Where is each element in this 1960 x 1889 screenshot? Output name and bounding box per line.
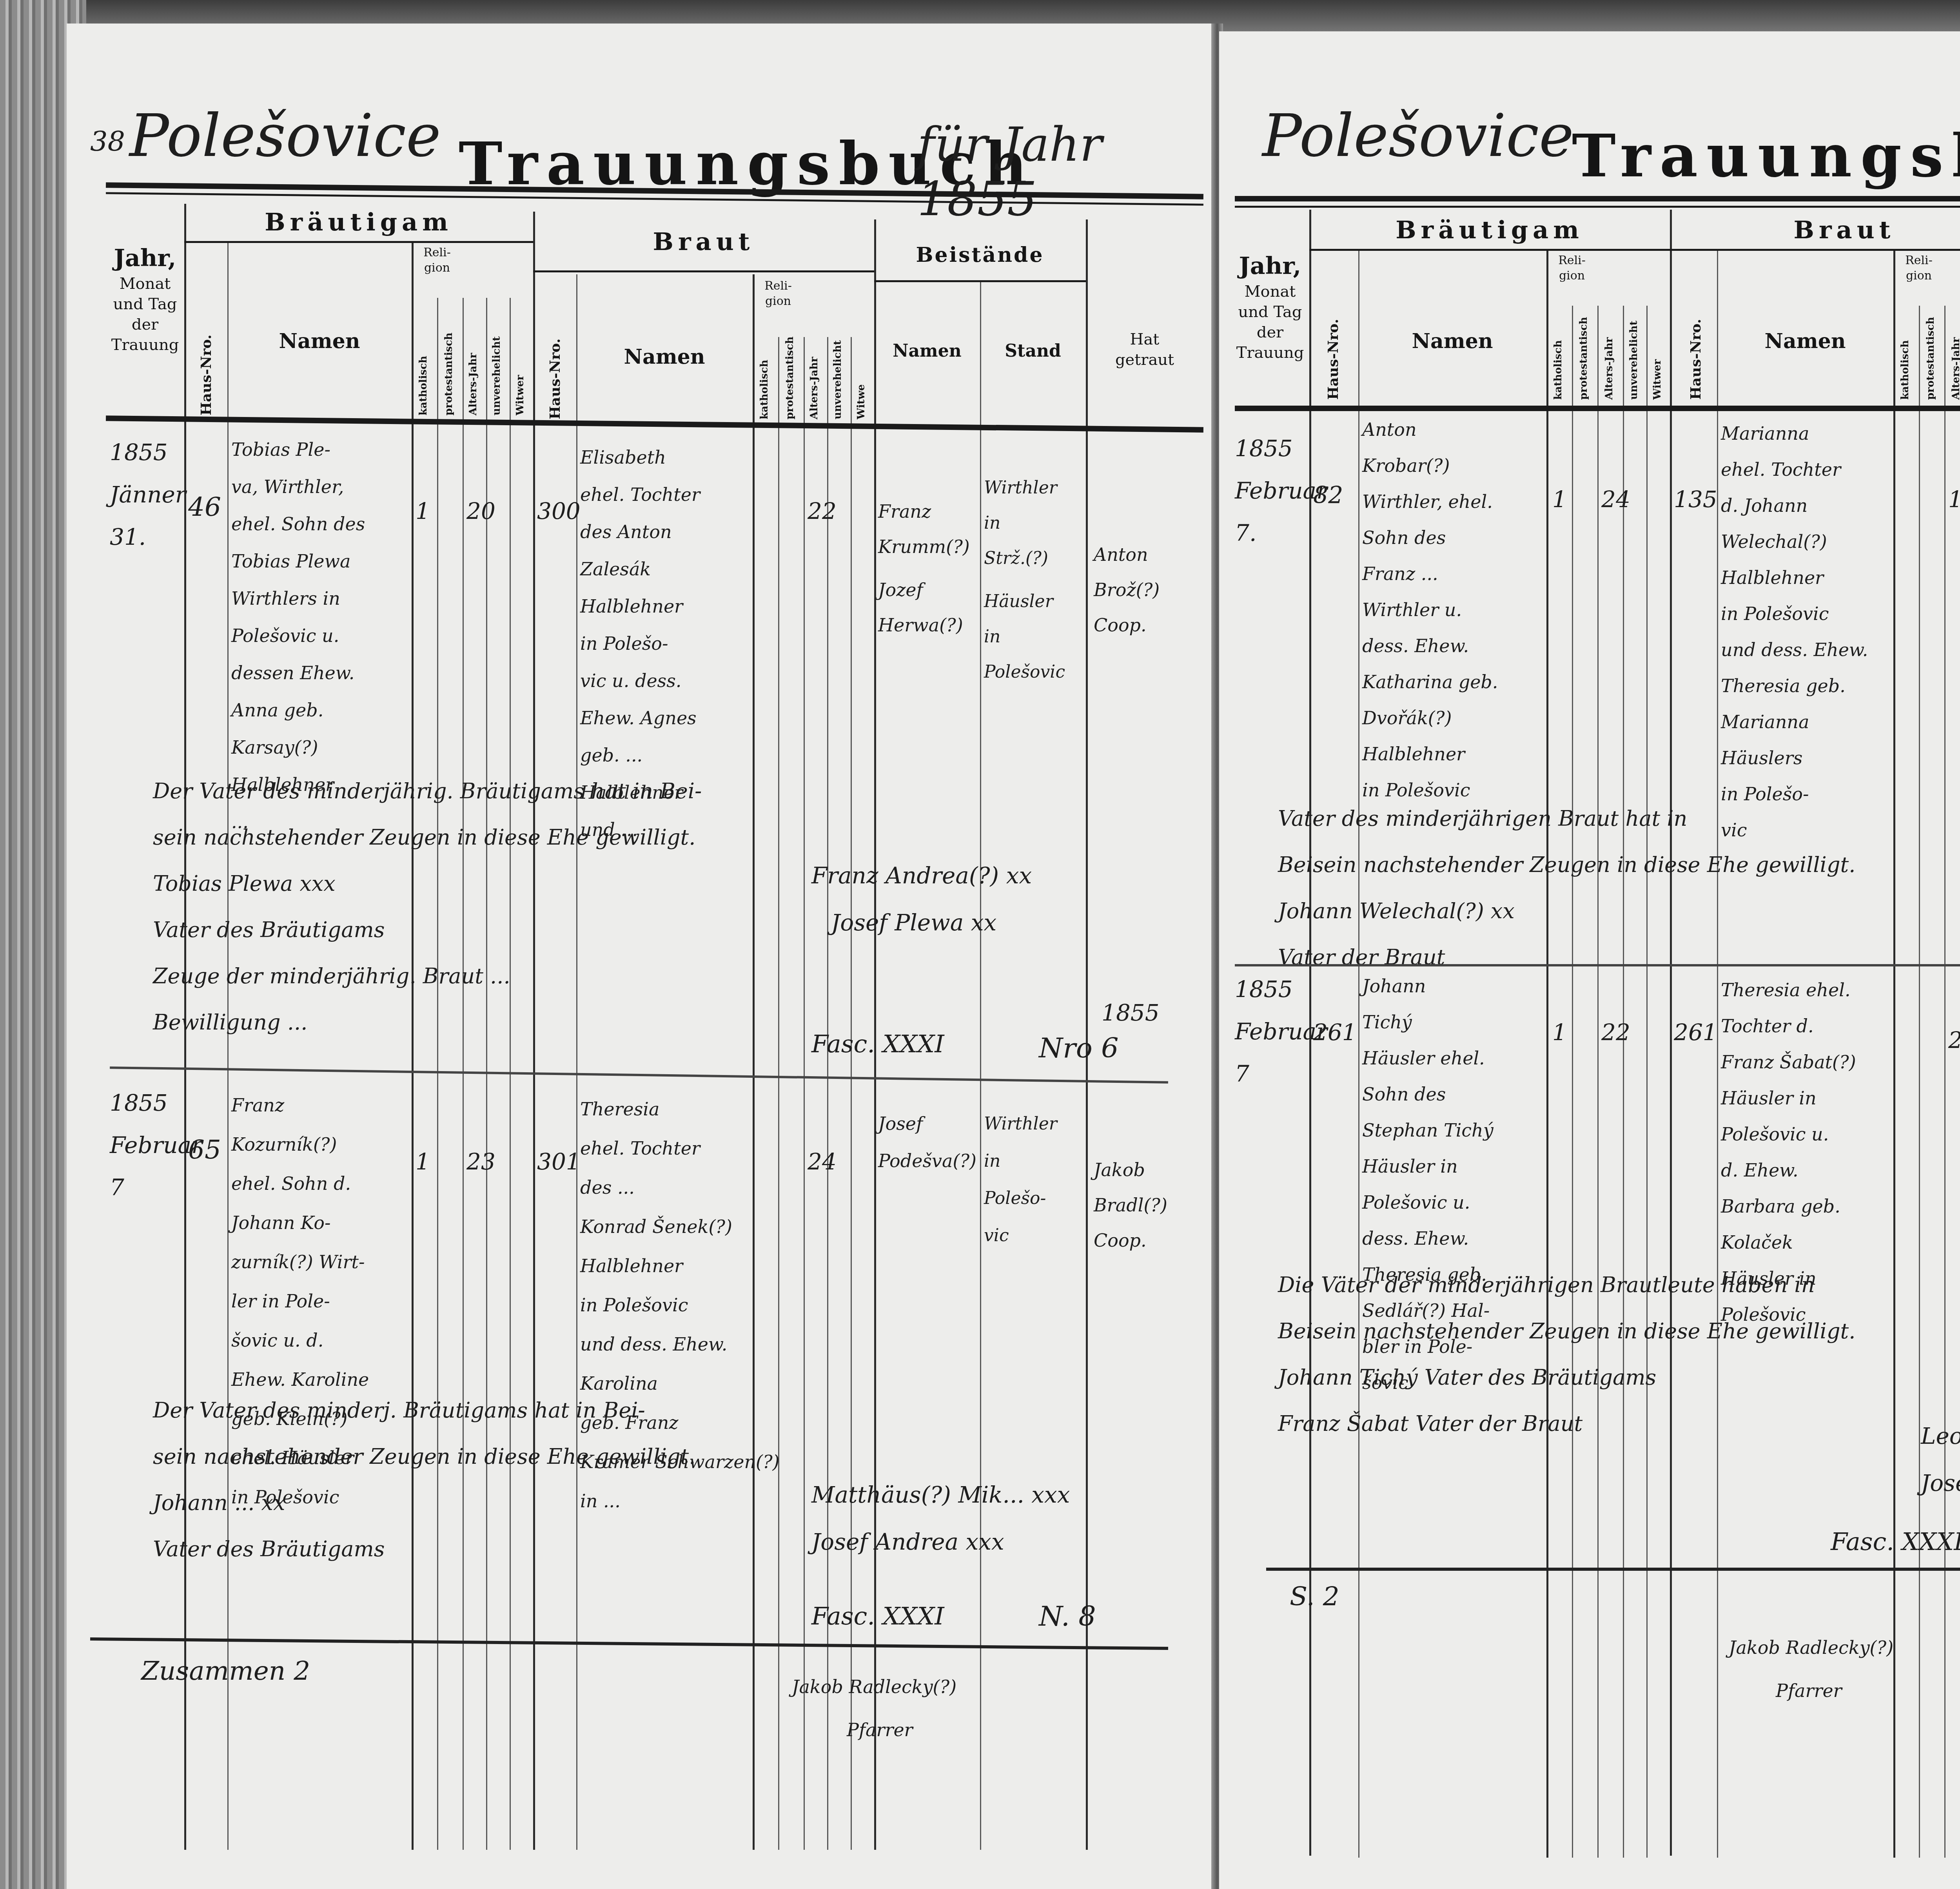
entry-1-number: Nro 6 <box>1039 1027 1119 1069</box>
header-bride-group: Braut <box>1670 216 1960 244</box>
entry-3-groom-name: Anton Krobar(?) Wirthler, ehel. Sohn des… <box>1362 412 1498 808</box>
entry-1-bride-age: 22 <box>808 490 837 532</box>
header-bride-name: Namen <box>1717 329 1893 353</box>
entry-1-witness-1-name: Franz Krumm(?) <box>878 494 970 564</box>
col-divider <box>1546 251 1548 1858</box>
col-divider <box>1944 306 1945 1858</box>
entry-4-groom-house: 261 <box>1313 1011 1357 1053</box>
register-year: für Jahr 1855 <box>917 118 1213 227</box>
total-count: Zusammen 2 <box>141 1650 310 1692</box>
entry-2-groom-house: 65 <box>188 1129 221 1171</box>
header-groom-unmarried: unverehelicht <box>1628 314 1640 400</box>
entry-4-note-witness-1: Leopold Werchuzka(?) <box>1921 1415 1960 1457</box>
header-bride-religion: Reli-gion <box>753 278 804 309</box>
header-groom-age: Alters-Jahr <box>1603 314 1615 400</box>
title-rule-thin <box>1235 206 1960 208</box>
entry-1-witness-1-status: Wirthler in Strž.(?) <box>984 470 1057 576</box>
header-date: Jahr, Monat und Tag der Trauung <box>1231 251 1309 363</box>
left-page-title-row: 38 Polešovice Trauungsbuch für Jahr 1855 <box>67 82 1213 184</box>
header-groom-name: Namen <box>1358 329 1546 353</box>
entry-1-fasc: Fasc. XXXI <box>811 1023 944 1065</box>
entry-4-fasc: Fasc. XXXI <box>1831 1521 1960 1563</box>
header-witness-name: Namen <box>874 341 980 361</box>
entry-1-witness-2-name: Jozef Herwa(?) <box>878 572 963 643</box>
header-bride-unmarried: unverehelicht <box>832 341 844 419</box>
register-title: Trauungsbuch <box>1572 121 1960 190</box>
header-bride-religion: Reli-gion <box>1893 253 1944 283</box>
col-divider <box>437 298 438 1850</box>
header-groom-name: Namen <box>227 329 412 353</box>
header-groom-religion: Reli-gion <box>412 245 463 276</box>
header-bride-age: Alters-Jahr <box>1950 314 1960 400</box>
header-bride-widow: Witwe <box>855 361 867 419</box>
entry-3-groom-house: 82 <box>1313 474 1343 517</box>
entry-3-groom-age: 24 <box>1601 478 1630 520</box>
signature-title: Pfarrer <box>1776 1670 1842 1712</box>
entry-1-note-witness-2: Josef Plewa xx <box>831 901 996 944</box>
header-bride-group: Braut <box>533 227 874 256</box>
header-bride-catholic: katholisch <box>1899 329 1911 400</box>
header-groom-widower: Witwer <box>514 353 526 415</box>
col-divider <box>1572 306 1573 1858</box>
header-groom-house-no: Haus-Nro. <box>198 306 214 415</box>
header-groom-age: Alters-Jahr <box>467 329 479 415</box>
group-rule <box>533 270 874 272</box>
header-groom-protestant: protestantisch <box>1578 314 1590 400</box>
place-name: Polešovice <box>1262 102 1574 170</box>
header-bride-protestant: protestantisch <box>1925 314 1936 400</box>
group-rule <box>874 280 1086 282</box>
entry-2-fasc: Fasc. XXXI <box>811 1595 944 1637</box>
title-rule <box>1235 196 1960 201</box>
col-divider <box>980 282 981 1850</box>
header-groom-catholic: katholisch <box>417 337 429 415</box>
entry-4-groom-religion: 1 <box>1552 1011 1567 1053</box>
right-page: Polešovice Trauungsbuch für Jahr 1855 39… <box>1219 31 1960 1889</box>
col-divider <box>1670 210 1672 1856</box>
col-divider <box>1358 251 1359 1858</box>
header-bride-catholic: katholisch <box>759 349 770 419</box>
col-divider <box>463 298 464 1850</box>
header-bottom-rule <box>106 415 1203 432</box>
entry-1-groom-age: 20 <box>466 490 495 532</box>
entry-3-groom-religion: 1 <box>1552 478 1567 520</box>
entry-1-groom-religion: 1 <box>416 490 430 532</box>
header-groom-group: Bräutigam <box>184 208 533 236</box>
entry-1-groom-house: 46 <box>188 486 221 528</box>
header-bride-name: Namen <box>576 345 753 369</box>
header-date: Jahr, Monat und Tag der Trauung <box>106 243 184 355</box>
header-bride-protestant: protestantisch <box>784 341 796 419</box>
col-divider <box>753 274 755 1850</box>
entry-2-witness-1-name: Josef Podešva(?) <box>878 1105 976 1180</box>
signature-title: Pfarrer <box>847 1709 913 1751</box>
signature-name: Jakob Radlecky(?) <box>1729 1626 1893 1669</box>
entry-1-witness-2-status: Häusler in Polešovic <box>984 584 1065 690</box>
col-divider <box>1597 306 1599 1858</box>
col-divider <box>1919 306 1920 1858</box>
col-divider <box>227 243 229 1850</box>
entry-4-note-witness-2: Josef Andrea <box>1921 1462 1960 1504</box>
header-bride-house-no: Haus-Nro. <box>1688 314 1704 400</box>
entry-4-groom-age: 22 <box>1601 1011 1630 1053</box>
signature-name: Jakob Radlecky(?) <box>792 1666 956 1708</box>
col-divider <box>804 337 805 1850</box>
col-divider <box>1893 251 1895 1858</box>
header-witnesses-group: Beistände <box>874 243 1086 267</box>
place-name: Polešovice <box>129 102 441 170</box>
entry-2-bride-age: 24 <box>808 1140 837 1183</box>
group-rule <box>1670 249 1960 251</box>
entry-2-bride-house: 301 <box>537 1140 581 1183</box>
right-page-title-row: Polešovice Trauungsbuch für Jahr 1855 39 <box>1219 78 1960 180</box>
entry-2-note-witness-2: Josef Andrea xxx <box>811 1521 1004 1563</box>
header-groom-group: Bräutigam <box>1309 216 1670 244</box>
header-bride-house-no: Haus-Nro. <box>547 329 563 419</box>
entry-2-officiant: Jakob Bradl(?) Coop. <box>1094 1152 1167 1258</box>
group-rule <box>1309 249 1670 251</box>
total-rule <box>1266 1568 1960 1571</box>
entry-separator <box>110 1066 1168 1084</box>
col-divider <box>1646 306 1648 1858</box>
entry-4-consent-note: Die Väter der minderjährigen Brautleute … <box>1278 1262 1855 1447</box>
group-rule <box>184 241 533 243</box>
total-count: S. 2 <box>1290 1575 1339 1618</box>
col-divider <box>412 243 414 1850</box>
header-witness-status: Stand <box>980 341 1086 361</box>
left-page: 38 Polešovice Trauungsbuch für Jahr 1855… <box>67 24 1213 1889</box>
entry-2-note-witness-1: Matthäus(?) Mik... xxx <box>811 1474 1070 1516</box>
entry-2-number: N. 8 <box>1039 1595 1096 1637</box>
header-groom-widower: Witwer <box>1651 337 1663 400</box>
entry-3-bride-age: 19 <box>1948 478 1960 520</box>
entry-3-consent-note: Vater des minderjährigen Braut hat in Be… <box>1278 796 1855 981</box>
entry-separator <box>1235 964 1960 966</box>
header-bottom-rule <box>1235 406 1960 411</box>
entry-4-bride-age: 23 <box>1948 1019 1960 1061</box>
entry-3-bride-house: 135 <box>1674 478 1717 520</box>
header-groom-unmarried: unverehelicht <box>491 329 503 415</box>
entry-3-bride-name: Marianna ehel. Tochter d. Johann Welecha… <box>1721 415 1868 848</box>
header-bride-age: Alters-Jahr <box>808 341 820 419</box>
header-groom-protestant: protestantisch <box>443 329 455 415</box>
entry-1-consent-note: Der Vater des minderjährig. Bräutigams h… <box>153 768 702 1046</box>
header-groom-house-no: Haus-Nro. <box>1325 314 1341 400</box>
entry-2-groom-age: 23 <box>466 1140 495 1183</box>
total-rule <box>90 1637 1168 1650</box>
entry-2-groom-religion: 1 <box>416 1140 430 1183</box>
header-groom-religion: Reli-gion <box>1546 253 1597 283</box>
header-groom-catholic: katholisch <box>1552 329 1564 400</box>
entry-1-officiant: Anton Brož(?) Coop. <box>1094 537 1160 643</box>
entry-1-date: 1855Jänner31. <box>110 431 186 558</box>
entry-2-witness-1-status: Wirthler in Polešo- vic <box>984 1105 1057 1254</box>
entry-1-note-witness-1: Franz Andrea(?) xx <box>811 854 1032 897</box>
col-divider <box>1623 306 1624 1858</box>
header-officiant: Hat getraut <box>1086 329 1203 370</box>
entry-2-consent-note: Der Vater des minderj. Bräutigams hat in… <box>153 1387 695 1572</box>
entry-4-bride-house: 261 <box>1674 1011 1717 1053</box>
entry-1-bride-house: 300 <box>537 490 581 532</box>
page-number: 38 <box>90 125 125 158</box>
